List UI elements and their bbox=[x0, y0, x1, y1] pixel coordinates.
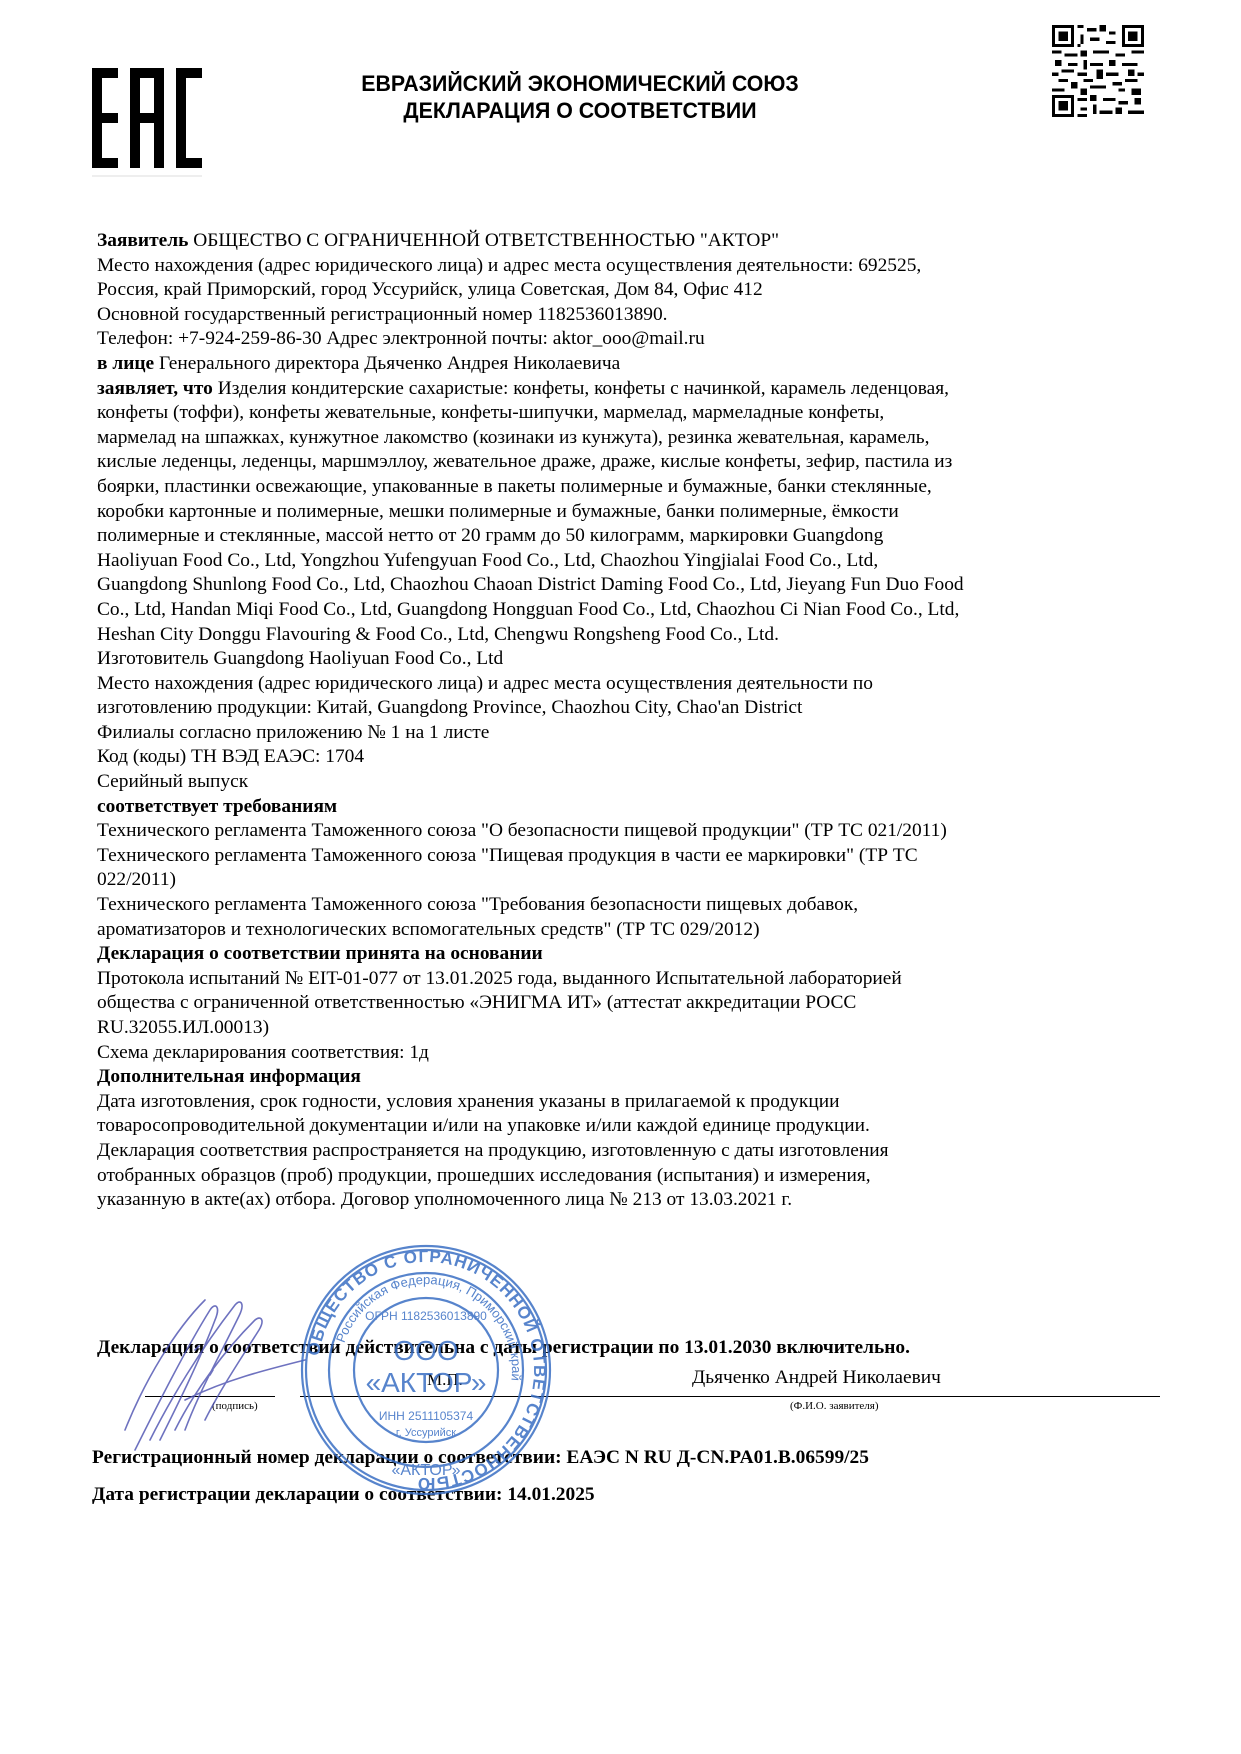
product-line: конфеты (тоффи), конфеты жевательные, ко… bbox=[97, 401, 1157, 426]
basis-line: Схема декларирования соответствия: 1д bbox=[97, 1041, 1157, 1066]
declares-label: заявляет, что bbox=[97, 378, 213, 399]
product-line: мармелад на шпажках, кунжутное лакомство… bbox=[97, 426, 1157, 451]
title-declaration: ДЕКЛАРАЦИЯ О СООТВЕТСТВИИ bbox=[299, 97, 862, 124]
basis-line: Протокола испытаний № EIT-01-077 от 13.0… bbox=[97, 967, 1157, 992]
represented-label: в лице bbox=[97, 353, 154, 374]
product-line: заявляет, что Изделия кондитерские сахар… bbox=[97, 377, 1157, 402]
applicant-name: ОБЩЕСТВО С ОГРАНИЧЕННОЙ ОТВЕТСТВЕННОСТЬЮ… bbox=[193, 230, 779, 251]
requirements-heading: соответствует требованиям bbox=[97, 795, 1157, 820]
product-line: коробки картонные и полимерные, мешки по… bbox=[97, 500, 1157, 525]
additional-line: Дата изготовления, срок годности, услови… bbox=[97, 1090, 1157, 1115]
applicant-label: Заявитель bbox=[97, 230, 188, 251]
product-text: Изделия кондитерские сахаристые: конфеты… bbox=[218, 378, 949, 399]
product-line: Co., Ltd, Handan Miqi Food Co., Ltd, Gua… bbox=[97, 598, 1157, 623]
qr-code-icon[interactable] bbox=[1050, 25, 1146, 117]
name-caption: (Ф.И.О. заявителя) bbox=[790, 1400, 879, 1412]
handwritten-signature-icon bbox=[115, 1290, 315, 1460]
represented-by: Генерального директора Дьяченко Андрея Н… bbox=[159, 353, 620, 374]
product-line: кислые леденцы, леденцы, маршмэллоу, жев… bbox=[97, 450, 1157, 475]
additional-line: товаросопроводительной документации и/ил… bbox=[97, 1114, 1157, 1139]
requirement-line: Технического регламента Таможенного союз… bbox=[97, 819, 1157, 844]
additional-heading: Дополнительная информация bbox=[97, 1065, 1157, 1090]
tnved-code: Код (коды) ТН ВЭД ЕАЭС: 1704 bbox=[97, 745, 1157, 770]
applicant-address-2: Россия, край Приморский, город Уссурийск… bbox=[97, 278, 1157, 303]
document-title: ЕВРАЗИЙСКИЙ ЭКОНОМИЧЕСКИЙ СОЮЗ ДЕКЛАРАЦИ… bbox=[299, 70, 862, 124]
requirement-line: Технического регламента Таможенного союз… bbox=[97, 844, 1157, 869]
validity-statement: Декларация о соответствии действительна … bbox=[97, 1337, 910, 1359]
title-union: ЕВРАЗИЙСКИЙ ЭКОНОМИЧЕСКИЙ СОЮЗ bbox=[299, 70, 862, 97]
stamp-place-label: М.П. bbox=[427, 1370, 463, 1390]
applicant-address-1: Место нахождения (адрес юридического лиц… bbox=[97, 254, 1157, 279]
basis-line: RU.32055.ИЛ.00013) bbox=[97, 1016, 1157, 1041]
product-line: Guangdong Shunlong Food Co., Ltd, Chaozh… bbox=[97, 573, 1157, 598]
additional-line: отобранных образцов (проб) продукции, пр… bbox=[97, 1164, 1157, 1189]
stamp-inner-ring: Российская Федерация, Приморский край bbox=[333, 1272, 524, 1382]
manufacturer: Изготовитель Guangdong Haoliyuan Food Co… bbox=[97, 647, 1157, 672]
registration-number: Регистрационный номер декларации о соотв… bbox=[92, 1447, 869, 1469]
represented-line: в лице Генерального директора Дьяченко А… bbox=[97, 352, 1157, 377]
branches: Филиалы согласно приложению № 1 на 1 лис… bbox=[97, 721, 1157, 746]
applicant-line: Заявитель ОБЩЕСТВО С ОГРАНИЧЕННОЙ ОТВЕТС… bbox=[97, 229, 1157, 254]
basis-line: общества с ограниченной ответственностью… bbox=[97, 991, 1157, 1016]
requirement-line: ароматизаторов и технологических вспомог… bbox=[97, 918, 1157, 943]
applicant-contacts: Телефон: +7-924-259-86-30 Адрес электрон… bbox=[97, 327, 1157, 352]
signer-name: Дьяченко Андрей Николаевич bbox=[692, 1367, 941, 1389]
stamp-ogrn: ОГРН 1182536013890 bbox=[365, 1309, 487, 1323]
stamp-inn: ИНН 2511105374 bbox=[379, 1409, 474, 1423]
declaration-body: Заявитель ОБЩЕСТВО С ОГРАНИЧЕННОЙ ОТВЕТС… bbox=[97, 229, 1157, 1213]
applicant-ogrn: Основной государственный регистрационный… bbox=[97, 303, 1157, 328]
stamp-city: г. Уссурийск bbox=[396, 1427, 456, 1439]
additional-line: указанную в акте(ах) отбора. Договор упо… bbox=[97, 1188, 1157, 1213]
manufacturer-address-1: Место нахождения (адрес юридического лиц… bbox=[97, 672, 1157, 697]
basis-heading: Декларация о соответствии принята на осн… bbox=[97, 942, 1157, 967]
stamp-center-main: «АКТОР» bbox=[366, 1367, 487, 1398]
registration-date: Дата регистрации декларации о соответств… bbox=[92, 1484, 595, 1506]
requirement-line: 022/2011) bbox=[97, 868, 1157, 893]
product-line: полимерные и стеклянные, массой нетто от… bbox=[97, 524, 1157, 549]
requirement-line: Технического регламента Таможенного союз… bbox=[97, 893, 1157, 918]
signature-caption: (подпись) bbox=[212, 1400, 258, 1412]
additional-line: Декларация соответствия распространяется… bbox=[97, 1139, 1157, 1164]
manufacturer-address-2: изготовлению продукции: Китай, Guangdong… bbox=[97, 696, 1157, 721]
name-line bbox=[300, 1396, 1160, 1397]
release-type: Серийный выпуск bbox=[97, 770, 1157, 795]
eac-logo-icon bbox=[92, 62, 204, 178]
product-line: боярки, пластинки освежающие, упакованны… bbox=[97, 475, 1157, 500]
signature-line bbox=[145, 1396, 275, 1397]
product-line: Haoliyuan Food Co., Ltd, Yongzhou Yufeng… bbox=[97, 549, 1157, 574]
product-line: Heshan City Donggu Flavouring & Food Co.… bbox=[97, 623, 1157, 648]
svg-text:Российская Федерация, Приморск: Российская Федерация, Приморский край bbox=[333, 1272, 524, 1382]
